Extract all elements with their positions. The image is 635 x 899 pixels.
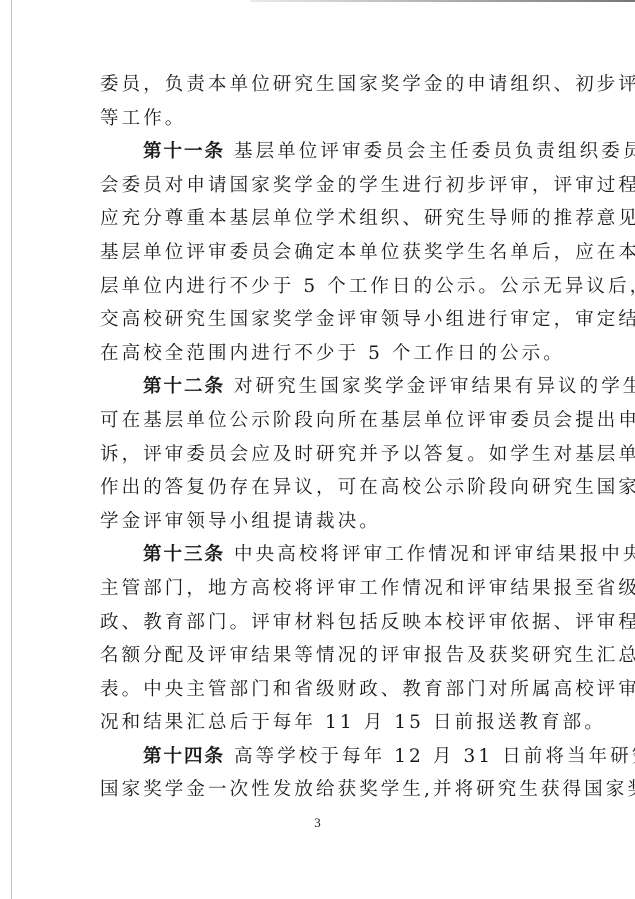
text-line: 会委员对申请国家奖学金的学生进行初步评审，评审过程中 bbox=[100, 169, 540, 203]
text-span: 高等学校于每年 12 月 31 日前将当年研究生 bbox=[234, 746, 635, 767]
text-line: 国家奖学金一次性发放给获奖学生,并将研究生获得国家奖 bbox=[100, 773, 540, 807]
article-label: 第十四条 bbox=[143, 746, 225, 767]
text-line: 应充分尊重本基层单位学术组织、研究生导师的推荐意见。 bbox=[100, 202, 540, 236]
article-label: 第十二条 bbox=[143, 376, 225, 397]
text-span: 基层单位评审委员会主任委员负责组织委员 bbox=[234, 141, 635, 162]
article-11-line: 第十一条 基层单位评审委员会主任委员负责组织委员 bbox=[100, 135, 540, 169]
text-line: 表。中央主管部门和省级财政、教育部门对所属高校评审情 bbox=[100, 673, 540, 707]
scan-edge-top bbox=[250, 0, 635, 2]
scan-edge-left bbox=[11, 0, 12, 899]
text-line: 可在基层单位公示阶段向所在基层单位评审委员会提出申 bbox=[100, 404, 540, 438]
document-body: 委员，负责本单位研究生国家奖学金的申请组织、初步评审 等工作。 第十一条 基层单… bbox=[100, 68, 540, 807]
text-line: 主管部门，地方高校将评审工作情况和评审结果报至省级财 bbox=[100, 572, 540, 606]
text-line: 名额分配及评审结果等情况的评审报告及获奖研究生汇总 bbox=[100, 639, 540, 673]
text-span: 中央高校将评审工作情况和评审结果报中央 bbox=[234, 544, 635, 565]
text-line: 诉，评审委员会应及时研究并予以答复。如学生对基层单位 bbox=[100, 438, 540, 472]
page-number: 3 bbox=[0, 815, 635, 831]
text-span: 对研究生国家奖学金评审结果有异议的学生， bbox=[234, 376, 635, 397]
text-line: 在高校全范围内进行不少于 5 个工作日的公示。 bbox=[100, 337, 540, 371]
text-line: 学金评审领导小组提请裁决。 bbox=[100, 505, 540, 539]
text-line: 况和结果汇总后于每年 11 月 15 日前报送教育部。 bbox=[100, 706, 540, 740]
text-line: 政、教育部门。评审材料包括反映本校评审依据、评审程序、 bbox=[100, 606, 540, 640]
text-line: 作出的答复仍存在异议，可在高校公示阶段向研究生国家奖 bbox=[100, 471, 540, 505]
text-line: 委员，负责本单位研究生国家奖学金的申请组织、初步评审 bbox=[100, 68, 540, 102]
text-line: 基层单位评审委员会确定本单位获奖学生名单后，应在本基 bbox=[100, 236, 540, 270]
text-line: 等工作。 bbox=[100, 102, 540, 136]
article-12-line: 第十二条 对研究生国家奖学金评审结果有异议的学生， bbox=[100, 370, 540, 404]
text-line: 交高校研究生国家奖学金评审领导小组进行审定，审定结果 bbox=[100, 303, 540, 337]
article-label: 第十一条 bbox=[143, 141, 225, 162]
article-label: 第十三条 bbox=[143, 544, 225, 565]
text-line: 层单位内进行不少于 5 个工作日的公示。公示无异议后，提 bbox=[100, 270, 540, 304]
article-14-line: 第十四条 高等学校于每年 12 月 31 日前将当年研究生 bbox=[100, 740, 540, 774]
article-13-line: 第十三条 中央高校将评审工作情况和评审结果报中央 bbox=[100, 538, 540, 572]
